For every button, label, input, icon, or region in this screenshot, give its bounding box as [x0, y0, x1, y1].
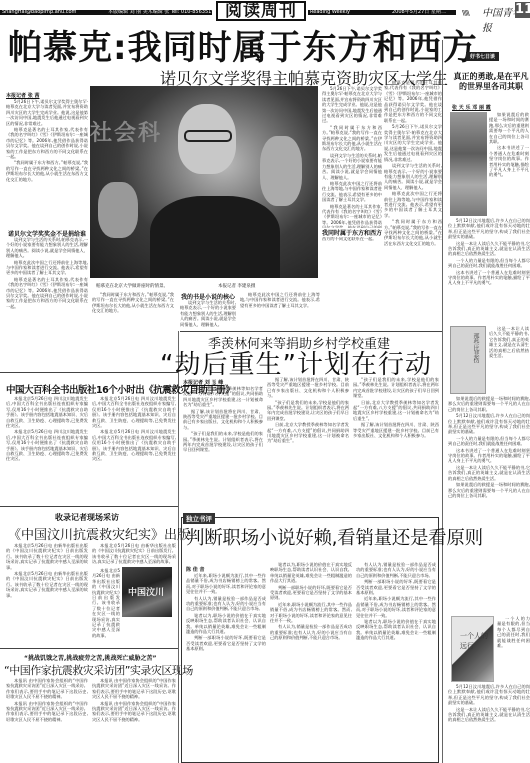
page-number: 11 — [515, 2, 530, 18]
left-story-3-column-2a: 本报北京5月26日电 由新华出版社出版的《中国汶川抗震救灾纪实》日前出版发行。该… — [92, 543, 176, 567]
sidebar-book-photo-2: 那些比悲伤 — [450, 326, 486, 394]
main-section-title-3: 我同时属于东方和西方 — [322, 228, 382, 237]
left-story-2-column-1: 本报北京5月26日电 四川汶川地震发生后,中国大百科全书出版社连夜组织专家编写,… — [6, 396, 88, 504]
masthead-website: ShangHai@baopirnp.ahu.com — [2, 8, 76, 16]
left-story-4-kicker: “挑战饥饿之苦,挑战疲劳之苦,挑战死亡威胁之苦” — [24, 653, 156, 662]
left-story-3-headline: 《中国汶川抗震救灾纪实》出版 — [8, 524, 190, 543]
review-column-3: 有人认为,销量是检验一部作品是否成功的重要标准;也有人认为,好的小说应当有自己的… — [356, 562, 436, 759]
review-column-1: 近年来,职场小说颇为流行,其中一些作品销量不俗,成为书店畅销榜上的常客。然而,对… — [186, 573, 266, 759]
sidebar-column-b: 5月12日汶川地震后,许多人在自己的岗位上默默奉献,他们或许没有惊天动地的壮举,… — [448, 218, 530, 324]
left-story-3-column-2b: 本报北京5月26日电 由新华出版社出版的《中国汶川抗震救灾纪实》日前出版发行。该… — [92, 568, 120, 643]
sidebar-column-e: 一个人的力量是有限的,但当每个人都尽到自己的责任时,我们就能战胜任何困难。 — [497, 616, 530, 682]
left-story-2-column-2: 本报北京5月26日电 四川汶川地震发生后,中国大百科全书出版社连夜组织专家编写,… — [92, 396, 176, 504]
left-story-3-kicker: 收录记者现场采访 — [55, 512, 119, 523]
main-headline: 帕慕克:我同时属于东方和西方 — [8, 28, 478, 68]
pamuk-photo: 社会科 — [90, 86, 318, 278]
sidebar-column-f: 5月12日汶川地震后,许多人在自己的岗位上默默奉献,他们或许没有惊天动地的壮举,… — [448, 684, 530, 763]
main-column-2a: “我同时属于东方和西方。”帕慕克说,“我的写作一直在寻找两种文化之间的桥梁。”在… — [92, 292, 174, 330]
section-brand: 阅读周刊 — [216, 1, 306, 21]
sidebar-column-d: 如果说震后的救援是一场和时间的赛跑,那么灾后的重建则需要每一个平凡的人在自己的岗… — [448, 396, 530, 614]
left-story-2-headline: 中国大百科全书出版社16个小时出《抗震救灾自助手册》 — [6, 382, 234, 396]
review-tag: 独立书评 — [183, 513, 215, 524]
main-column-2b: 谈到文学与生活的关系时,帕慕克表示,一个好的小说家要有能力想象别人的生活,理解别… — [180, 300, 236, 330]
main-column-1b: 谈到文学与生活的关系时,帕慕克表示,一个好的小说家要有能力想象别人的生活,理解别… — [6, 237, 88, 367]
masthead-english-name: Reading Weekly — [310, 8, 350, 16]
divider — [0, 506, 178, 507]
sidebar-headline: 真正的勇敢,是在平凡的世界里各司其职 — [452, 72, 530, 92]
sidebar-tag: 好书七日谈 — [466, 52, 499, 61]
review-byline: 陈 佳 音 — [186, 566, 204, 573]
sidebar-book-photo-3: 一个人的远行 — [451, 616, 494, 682]
middle-column-1: 日前,北京大学教授季羡林等知名学者发起“一方有难,八方支援”的倡议,共同捐助四川… — [183, 386, 263, 510]
divider — [0, 372, 178, 373]
review-headline: 判断职场小说好赖,看销量还是看原则 — [186, 524, 483, 550]
divider — [180, 331, 442, 332]
main-column-2c: 帕慕克此次中国之行还将前往上海等地,与中国作家和读者进行交流。他表示,希望有更多… — [240, 292, 320, 330]
main-column-3: 5月26日下午,诺贝尔文学奖得主奥尔罕·帕慕克在北京大学与读者见面,并宣布将资助… — [322, 86, 382, 330]
masthead-editor-info: 本版编辑 刘 丽 美术编辑 张 Tel: 010-85635195 — [108, 8, 218, 16]
photo-credit: 本报记者 李建泉摄 — [218, 283, 255, 289]
left-story-4-column-2: 本报讯 由中国作家协会组织的“中国作家抗震救灾采访团”近日深入灾区一线采访。作家… — [92, 678, 176, 763]
divider — [0, 648, 178, 649]
sidebar-book-photo-1 — [450, 112, 487, 216]
book-cover-photo: 中国汶川 — [122, 567, 172, 617]
masthead-date: 2008年5月27日 星期二 — [392, 8, 446, 16]
main-column-1: 5月26日下午,诺贝尔文学奖得主奥尔罕·帕慕克在北京大学与读者见面,并宣布将资助… — [6, 99, 88, 227]
review-column-2: 笔者以为,职场小说的价值在于真实地反映职场生态,帮助读者认识社会、认识自我。单纯… — [270, 562, 352, 759]
middle-headline: “劫后重生”计划在行动 — [160, 344, 432, 381]
sidebar-column-a: 如果说震后的救援是一场和时间的赛跑,那么灾后的重建则需要每一个平凡的人在自己的岗… — [489, 112, 529, 216]
sidebar-column-c: 这是一本让人读后久久不能平静的书,它告诉我们,真正的英雄主义,就是在认清生活的真… — [489, 326, 529, 394]
left-story-4-headline: “中国作家抗震救灾采访团”实录灾区现场 — [4, 662, 193, 678]
photo-background-sign: 社会科 — [90, 116, 162, 147]
sidebar-divider — [442, 40, 443, 763]
main-byline: 本报记者 张 茜 — [6, 92, 39, 99]
photo-caption: 帕慕克在北京大学做讲座时的情景。 — [96, 283, 168, 289]
middle-column-2: 据了解,该计划首批将在四川、甘肃、陕西等受灾严重地区援建一批乡村学校。目前已有多… — [267, 377, 349, 510]
main-column-4: 帕慕克是著名的土耳其作家,代表作有《我的名字叫红》《雪》《伊斯坦布尔:一座城市的… — [384, 80, 442, 330]
masthead: ShangHai@baopirnp.ahu.com 本版编辑 刘 丽 美术编辑 … — [0, 0, 530, 24]
left-story-4-column-1: 本报讯 由中国作家协会组织的“中国作家抗震救灾采访团”近日深入灾区一线采访。作家… — [6, 678, 88, 763]
hatch-decoration-icon: \\\\\ — [462, 9, 469, 17]
left-story-3-column-1: 本报北京5月26日电 由新华出版社出版的《中国汶川抗震救灾纪实》日前出版发行。该… — [6, 543, 88, 643]
sidebar-byline: 张 天 乐 邓 丽 霞 — [452, 104, 491, 111]
middle-column-3: “孩子们是我们的未来,学校是他们的家园。”季羡林先生说。计划组织者表示,将在两年… — [353, 377, 439, 510]
